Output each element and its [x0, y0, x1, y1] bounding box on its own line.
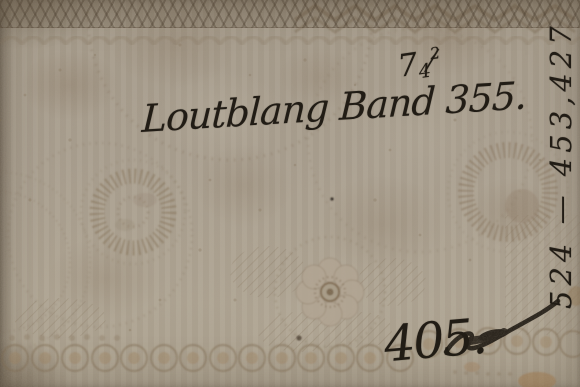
top-border-lattice: [0, 0, 580, 28]
paste-paper-pattern: [0, 0, 580, 387]
paper-sheet-verso: Loutblang Band 355. 74⁄2 405. 524 — 453,…: [0, 0, 580, 387]
fraction-upper-digit: 2: [429, 43, 442, 63]
bottom-inventory-number: 405.: [382, 308, 488, 374]
fraction-whole: 7: [396, 46, 421, 84]
fraction-mark: 74⁄2: [396, 43, 444, 86]
side-inventory-number: 524 — 453,427: [544, 9, 578, 309]
paper-grain-texture: [0, 0, 580, 387]
